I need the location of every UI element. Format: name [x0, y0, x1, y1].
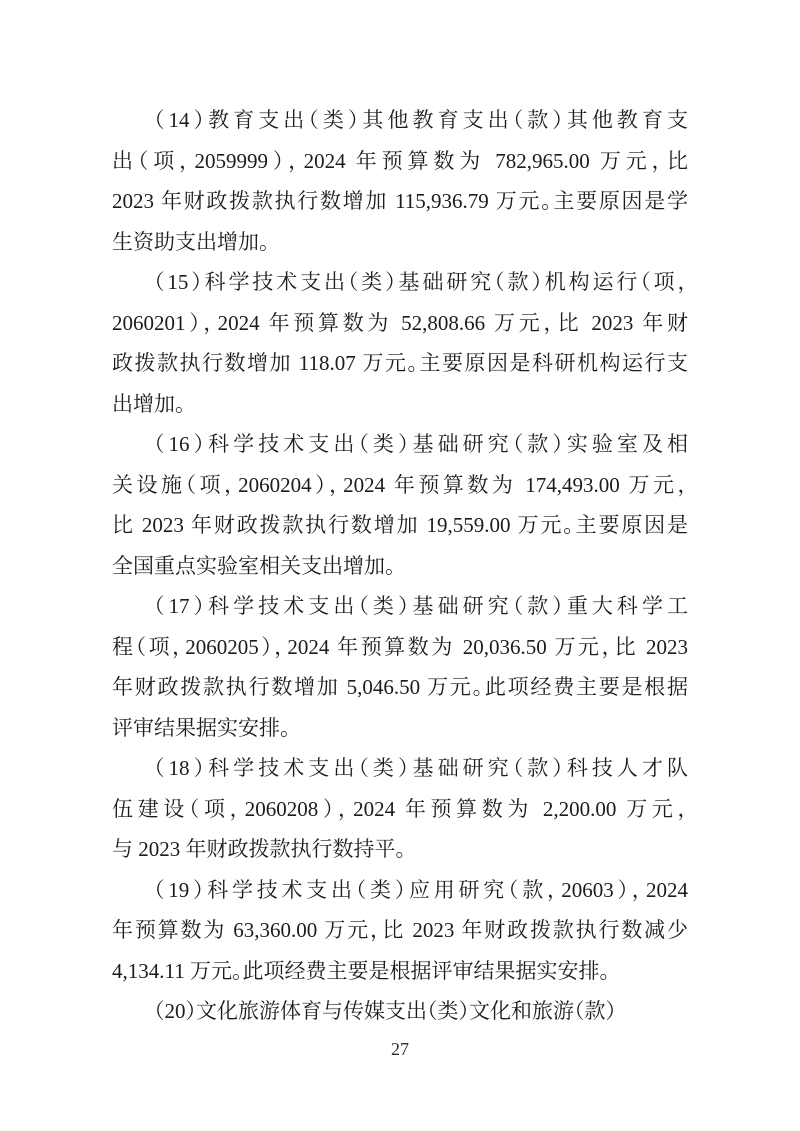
text-line: 关设施（项，2060204），2024 年预算数为 174,493.00 万元，: [112, 465, 688, 506]
text-line: 出增加。: [112, 384, 688, 425]
text-line: 出（项，2059999），2024 年预算数为 782,965.00 万元，比: [112, 141, 688, 182]
text-line: （19）科学技术支出（类）应用研究（款，20603），2024: [112, 870, 688, 911]
text-line: （18）科学技术支出（类）基础研究（款）科技人才队: [112, 748, 688, 789]
text-line: 政拨款执行数增加 118.07 万元。主要原因是科研机构运行支: [112, 343, 688, 384]
paragraph-item-16: （16）科学技术支出（类）基础研究（款）实验室及相关设施（项，2060204），…: [112, 424, 688, 586]
text-line: （14）教育支出（类）其他教育支出（款）其他教育支: [112, 100, 688, 141]
text-line: 生资助支出增加。: [112, 222, 688, 263]
text-line: （17）科学技术支出（类）基础研究（款）重大科学工: [112, 586, 688, 627]
text-line: （20）文化旅游体育与传媒支出（类）文化和旅游（款）: [112, 991, 688, 1032]
paragraph-item-19: （19）科学技术支出（类）应用研究（款，20603），2024年预算数为 63,…: [112, 870, 688, 992]
text-line: 年财政拨款执行数增加 5,046.50 万元。此项经费主要是根据: [112, 667, 688, 708]
paragraph-item-15: （15）科学技术支出（类）基础研究（款）机构运行（项，2060201），2024…: [112, 262, 688, 424]
paragraph-item-17: （17）科学技术支出（类）基础研究（款）重大科学工程（项，2060205），20…: [112, 586, 688, 748]
text-line: 伍建设（项，2060208），2024 年预算数为 2,200.00 万元，: [112, 789, 688, 830]
text-line: 2060201），2024 年预算数为 52,808.66 万元，比 2023 …: [112, 303, 688, 344]
text-line: 年预算数为 63,360.00 万元，比 2023 年财政拨款执行数减少: [112, 910, 688, 951]
text-line: 程（项，2060205），2024 年预算数为 20,036.50 万元，比 2…: [112, 627, 688, 668]
paragraph-item-18: （18）科学技术支出（类）基础研究（款）科技人才队伍建设（项，2060208），…: [112, 748, 688, 870]
text-line: （16）科学技术支出（类）基础研究（款）实验室及相: [112, 424, 688, 465]
paragraph-item-20: （20）文化旅游体育与传媒支出（类）文化和旅游（款）: [112, 991, 688, 1032]
document-page: （14）教育支出（类）其他教育支出（款）其他教育支出（项，2059999），20…: [0, 0, 800, 1131]
text-line: 全国重点实验室相关支出增加。: [112, 546, 688, 587]
document-body: （14）教育支出（类）其他教育支出（款）其他教育支出（项，2059999），20…: [112, 100, 688, 1032]
text-line: 4,134.11 万元。此项经费主要是根据评审结果据实安排。: [112, 951, 688, 992]
paragraph-item-14: （14）教育支出（类）其他教育支出（款）其他教育支出（项，2059999），20…: [112, 100, 688, 262]
text-line: 2023 年财政拨款执行数增加 115,936.79 万元。主要原因是学: [112, 181, 688, 222]
page-number: 27: [0, 1038, 800, 1060]
text-line: 比 2023 年财政拨款执行数增加 19,559.00 万元。主要原因是: [112, 505, 688, 546]
text-line: （15）科学技术支出（类）基础研究（款）机构运行（项，: [112, 262, 688, 303]
text-line: 评审结果据实安排。: [112, 708, 688, 749]
text-line: 与 2023 年财政拨款执行数持平。: [112, 829, 688, 870]
